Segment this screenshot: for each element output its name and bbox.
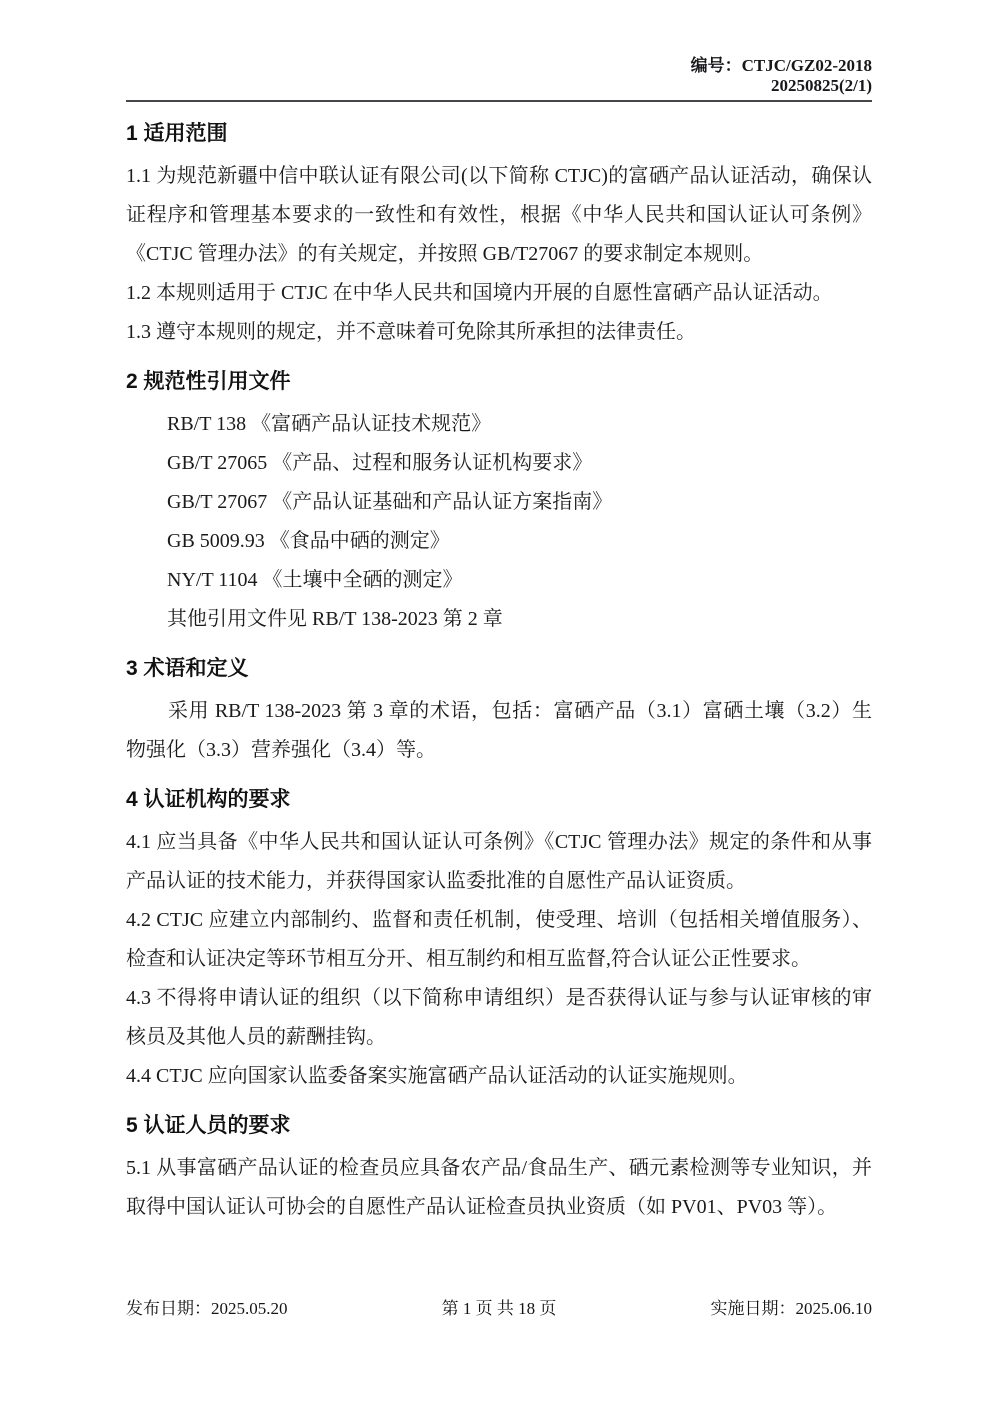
- paragraph-1-2: 1.2 本规则适用于 CTJC 在中华人民共和国境内开展的自愿性富硒产品认证活动…: [126, 274, 872, 313]
- reference-item: GB 5009.93 《食品中硒的测定》: [126, 522, 872, 561]
- page-content: 编号：CTJC/GZ02-2018 20250825(2/1) 1 适用范围 1…: [126, 56, 872, 1227]
- page-footer: 发布日期：2025.05.20 第 1 页 共 18 页 实施日期：2025.0…: [126, 1294, 872, 1319]
- reference-item: RB/T 138 《富硒产品认证技术规范》: [126, 405, 872, 444]
- document-header: 编号：CTJC/GZ02-2018 20250825(2/1): [126, 56, 872, 96]
- paragraph-4-2: 4.2 CTJC 应建立内部制约、监督和责任机制，使受理、培训（包括相关增值服务…: [126, 901, 872, 979]
- header-divider: [126, 100, 872, 102]
- document-body: 1 适用范围 1.1 为规范新疆中信中联认证有限公司(以下简称 CTJC)的富硒…: [126, 114, 872, 1227]
- section-5-title: 5 认证人员的要求: [126, 1106, 872, 1145]
- paragraph-1-1: 1.1 为规范新疆中信中联认证有限公司(以下简称 CTJC)的富硒产品认证活动，…: [126, 157, 872, 274]
- reference-item: GB/T 27065 《产品、过程和服务认证机构要求》: [126, 444, 872, 483]
- page-number: 第 1 页 共 18 页: [442, 1294, 557, 1319]
- paragraph-4-1: 4.1 应当具备《中华人民共和国认证认可条例》《CTJC 管理办法》规定的条件和…: [126, 823, 872, 901]
- paragraph-1-3: 1.3 遵守本规则的规定，并不意味着可免除其所承担的法律责任。: [126, 313, 872, 352]
- effective-date: 实施日期：2025.06.10: [711, 1294, 873, 1319]
- paragraph-4-3: 4.3 不得将申请认证的组织（以下简称申请组织）是否获得认证与参与认证审核的审核…: [126, 979, 872, 1057]
- section-4-title: 4 认证机构的要求: [126, 780, 872, 819]
- paragraph-4-4: 4.4 CTJC 应向国家认监委备案实施富硒产品认证活动的认证实施规则。: [126, 1057, 872, 1096]
- paragraph-3-1: 采用 RB/T 138-2023 第 3 章的术语，包括：富硒产品（3.1）富硒…: [126, 692, 872, 770]
- doc-number: 编号：CTJC/GZ02-2018: [126, 56, 872, 76]
- section-2-title: 2 规范性引用文件: [126, 362, 872, 401]
- section-1-title: 1 适用范围: [126, 114, 872, 153]
- reference-item: NY/T 1104 《土壤中全硒的测定》: [126, 561, 872, 600]
- document-page: 编号：CTJC/GZ02-2018 20250825(2/1) 1 适用范围 1…: [0, 0, 1000, 1413]
- release-date: 发布日期：2025.05.20: [126, 1294, 288, 1319]
- section-3-title: 3 术语和定义: [126, 649, 872, 688]
- paragraph-5-1: 5.1 从事富硒产品认证的检查员应具备农产品/食品生产、硒元素检测等专业知识，并…: [126, 1149, 872, 1227]
- reference-item: 其他引用文件见 RB/T 138-2023 第 2 章: [126, 600, 872, 639]
- reference-item: GB/T 27067 《产品认证基础和产品认证方案指南》: [126, 483, 872, 522]
- doc-revision: 20250825(2/1): [126, 76, 872, 96]
